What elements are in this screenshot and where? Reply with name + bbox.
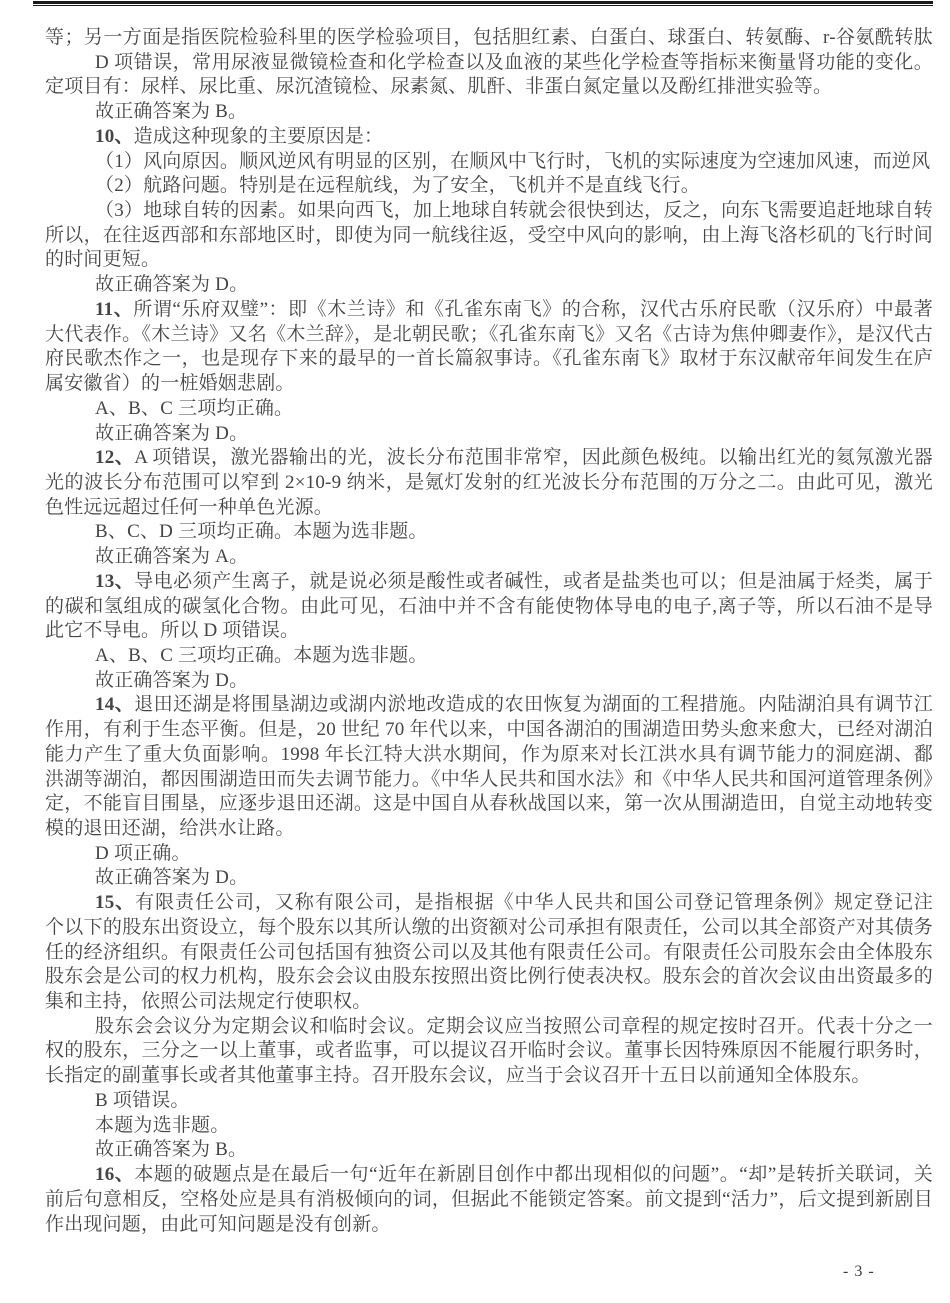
line-text: 能力产生了重大负面影响。1998 年长江特大洪水期间，作为原来对长江洪水具有调节…	[45, 744, 933, 768]
text-line: 模的退田还湖，给洪水让路。	[45, 817, 933, 842]
line-text: A、B、C 三项均正确。本题为选非题。	[95, 645, 428, 666]
text-line: 11、所谓“乐府双璧”：即《木兰诗》和《孔雀东南飞》的合称，汉代古乐府民歌（汉乐…	[45, 298, 933, 323]
line-text: B 项错误。	[95, 1090, 190, 1111]
line-text: 任的经济组织。有限责任公司包括国有独资公司以及其他有限责任公司。有限责任公司股东…	[45, 942, 933, 966]
text-line: 等；另一方面是指医院检验科里的医学检验项目，包括胆红素、白蛋白、球蛋白、转氨酶、…	[45, 26, 933, 51]
line-text: 本题为选非题。	[95, 1115, 229, 1136]
text-line: 的时间更短。	[45, 248, 933, 273]
text-line: B 项错误。	[45, 1089, 933, 1114]
document-page: 等；另一方面是指医院检验科里的医学检验项目，包括胆红素、白蛋白、球蛋白、转氨酶、…	[0, 0, 950, 1303]
text-line: 洪湖等湖泊，都因围湖造田而失去调节能力。《中华人民共和国水法》和《中华人民共和国…	[45, 768, 933, 793]
text-line: 14、退田还湖是将围垦湖边或湖内淤地改造成的农田恢复为湖面的工程措施。内陆湖泊具…	[45, 693, 933, 718]
text-line: 个以下的股东出资设立，每个股东以其所认缴的出资额对公司承担有限责任，公司以其全部…	[45, 916, 933, 941]
text-line: 的碳和氢组成的碳氢化合物。由此可见，石油中并不含有能使物体导电的电子,离子等，所…	[45, 595, 933, 620]
question-number: 14、	[95, 694, 134, 715]
text-line: 定，不能盲目围垦，应逐步退田还湖。这是中国自从春秋战国以来，第一次从围湖造田，自…	[45, 792, 933, 817]
line-text: 光的波长分布范围可以窄到 2×10-9 纳米，是氪灯发射的红光波长分布范围的万分…	[45, 472, 933, 496]
text-line: A、B、C 三项均正确。本题为选非题。	[45, 644, 933, 669]
line-text: 大代表作。《木兰诗》又名《木兰辞》，是北朝民歌；《孔雀东南飞》又名《古诗为焦仲卿…	[45, 324, 933, 348]
line-text: 作用，有利于生态平衡。但是，20 世纪 70 年代以来，中国各湖泊的围湖造田势头…	[45, 719, 933, 743]
line-text: 故正确答案为 A。	[95, 546, 248, 567]
line-text: 属安徽省）的一桩婚姻悲剧。	[45, 373, 295, 394]
line-text: 洪湖等湖泊，都因围湖造田而失去调节能力。《中华人民共和国水法》和《中华人民共和国…	[45, 769, 933, 793]
line-text: 故正确答案为 B。	[95, 101, 247, 122]
question-number: 15、	[95, 892, 135, 913]
line-text: 长指定的副董事长或者其他董事主持。召开股东会议，应当于会议召开十五日以前通知全体…	[45, 1065, 871, 1086]
question-number: 12、	[95, 447, 134, 468]
header-rule-thick-line	[33, 1, 933, 4]
text-line: 集和主持，依照公司法规定行使职权。	[45, 990, 933, 1015]
text-line: 府民歌杰作之一，也是现存下来的最早的一首长篇叙事诗。《孔雀东南飞》取材于东汉献帝…	[45, 347, 933, 372]
question-number: 16、	[95, 1164, 134, 1185]
text-line: 作出现问题，由此可知问题是没有创新。	[45, 1213, 933, 1238]
text-line: 前后句意相反，空格处应是具有消极倾向的词，但据此不能锁定答案。前文提到“活力”，…	[45, 1188, 933, 1213]
line-text: 作出现问题，由此可知问题是没有创新。	[45, 1214, 391, 1235]
line-text: （1）风向原因。顺风逆风有明显的区别，在顺风中飞行时，飞机的实际速度为空速加风速…	[45, 151, 930, 175]
document-body: 等；另一方面是指医院检验科里的医学检验项目，包括胆红素、白蛋白、球蛋白、转氨酶、…	[45, 26, 933, 1237]
line-text: 定项目有：尿样、尿比重、尿沉渣镜检、尿素氮、肌酐、非蛋白氮定量以及酚红排泄实验等…	[45, 76, 832, 97]
text-line: 故正确答案为 A。	[45, 545, 933, 570]
text-line: 故正确答案为 B。	[45, 100, 933, 125]
text-line: 此它不导电。所以 D 项错误。	[45, 619, 933, 644]
line-text: 此它不导电。所以 D 项错误。	[45, 620, 299, 641]
text-line: 光的波长分布范围可以窄到 2×10-9 纳米，是氪灯发射的红光波长分布范围的万分…	[45, 471, 933, 496]
text-line: 权的股东，三分之一以上董事，或者监事，可以提议召开临时会议。董事长因特殊原因不能…	[45, 1039, 933, 1064]
text-line: 15、有限责任公司，又称有限公司，是指根据《中华人民共和国公司登记管理条例》规定…	[45, 891, 933, 916]
page-number: - 3 -	[843, 1263, 875, 1281]
line-text: 本题的破题点是在最后一句“近年在新剧目创作中都出现相似的问题”。“却”是转折关联…	[45, 1164, 933, 1188]
text-line: 故正确答案为 D。	[45, 866, 933, 891]
text-line: 属安徽省）的一桩婚姻悲剧。	[45, 372, 933, 397]
line-text: 退田还湖是将围垦湖边或湖内淤地改造成的农田恢复为湖面的工程措施。内陆湖泊具有调节…	[45, 694, 933, 718]
line-text: （3）地球自转的因素。如果向西飞，加上地球自转就会很快到达，反之，向东飞需要追赶…	[45, 200, 933, 224]
line-text: 等；另一方面是指医院检验科里的医学检验项目，包括胆红素、白蛋白、球蛋白、转氨酶、…	[45, 27, 933, 51]
line-text: 故正确答案为 D。	[95, 867, 248, 888]
text-line: D 项正确。	[45, 842, 933, 867]
text-line: 本题为选非题。	[45, 1114, 933, 1139]
line-text: 模的退田还湖，给洪水让路。	[45, 818, 295, 839]
text-line: 故正确答案为 B。	[45, 1138, 933, 1163]
line-text: 色性远远超过任何一种单色光源。	[45, 497, 333, 518]
text-line: 故正确答案为 D。	[45, 422, 933, 447]
line-text: 有限责任公司，又称有限公司，是指根据《中华人民共和国公司登记管理条例》规定登记注…	[45, 892, 933, 916]
line-text: 故正确答案为 D。	[95, 274, 248, 295]
line-text: 故正确答案为 B。	[95, 1139, 247, 1160]
line-text: 股东会是公司的权力机构，股东会会议由股东按照出资比例行使表决权。股东会的首次会议…	[45, 966, 933, 990]
text-line: 16、本题的破题点是在最后一句“近年在新剧目创作中都出现相似的问题”。“却”是转…	[45, 1163, 933, 1188]
text-line: 所以，在往返西部和东部地区时，即使为同一航线往返，受空中风向的影响，由上海飞洛杉…	[45, 224, 933, 249]
text-line: 能力产生了重大负面影响。1998 年长江特大洪水期间，作为原来对长江洪水具有调节…	[45, 743, 933, 768]
text-line: （2）航路问题。特别是在远程航线，为了安全，飞机并不是直线飞行。	[45, 174, 933, 199]
text-line: 10、造成这种现象的主要原因是：	[45, 125, 933, 150]
line-text: D 项错误，常用尿液显微镜检查和化学检查以及血液的某些化学检查等指标来衡量肾功能…	[45, 52, 933, 76]
text-line: B、C、D 三项均正确。本题为选非题。	[45, 520, 933, 545]
line-text: 所以，在往返西部和东部地区时，即使为同一航线往返，受空中风向的影响，由上海飞洛杉…	[45, 225, 933, 249]
text-line: 色性远远超过任何一种单色光源。	[45, 496, 933, 521]
question-number: 13、	[95, 571, 134, 592]
text-line: （1）风向原因。顺风逆风有明显的区别，在顺风中飞行时，飞机的实际速度为空速加风速…	[45, 150, 933, 175]
text-line: 12、A 项错误，激光器输出的光，波长分布范围非常窄，因此颜色极纯。以输出红光的…	[45, 446, 933, 471]
text-line: 大代表作。《木兰诗》又名《木兰辞》，是北朝民歌；《孔雀东南飞》又名《古诗为焦仲卿…	[45, 323, 933, 348]
header-rule	[33, 1, 933, 6]
line-text: 的时间更短。	[45, 249, 160, 270]
line-text: 导电必须产生离子，就是说必须是酸性或者碱性，或者是盐类也可以；但是油属于烃类，属…	[45, 571, 933, 595]
line-text: 定，不能盲目围垦，应逐步退田还湖。这是中国自从春秋战国以来，第一次从围湖造田，自…	[45, 793, 933, 817]
line-text: A 项错误，激光器输出的光，波长分布范围非常窄，因此颜色极纯。以输出红光的氦氖激…	[45, 447, 933, 471]
line-text: 集和主持，依照公司法规定行使职权。	[45, 991, 371, 1012]
text-line: 故正确答案为 D。	[45, 669, 933, 694]
text-line: （3）地球自转的因素。如果向西飞，加上地球自转就会很快到达，反之，向东飞需要追赶…	[45, 199, 933, 224]
text-line: 故正确答案为 D。	[45, 273, 933, 298]
text-line: 股东会会议分为定期会议和临时会议。定期会议应当按照公司章程的规定按时召开。代表十…	[45, 1015, 933, 1040]
line-text: 府民歌杰作之一，也是现存下来的最早的一首长篇叙事诗。《孔雀东南飞》取材于东汉献帝…	[45, 348, 933, 372]
line-text: 造成这种现象的主要原因是：	[134, 126, 384, 147]
text-line: 长指定的副董事长或者其他董事主持。召开股东会议，应当于会议召开十五日以前通知全体…	[45, 1064, 933, 1089]
text-line: 任的经济组织。有限责任公司包括国有独资公司以及其他有限责任公司。有限责任公司股东…	[45, 941, 933, 966]
question-number: 10、	[95, 126, 134, 147]
line-text: 所谓“乐府双璧”：即《木兰诗》和《孔雀东南飞》的合称，汉代古乐府民歌（汉乐府）中…	[45, 299, 933, 323]
line-text: 个以下的股东出资设立，每个股东以其所认缴的出资额对公司承担有限责任，公司以其全部…	[45, 917, 933, 941]
line-text: 股东会会议分为定期会议和临时会议。定期会议应当按照公司章程的规定按时召开。代表十…	[45, 1016, 933, 1040]
text-line: 13、导电必须产生离子，就是说必须是酸性或者碱性，或者是盐类也可以；但是油属于烃…	[45, 570, 933, 595]
line-text: 前后句意相反，空格处应是具有消极倾向的词，但据此不能锁定答案。前文提到“活力”，…	[45, 1189, 933, 1213]
header-rule-thin-line	[33, 5, 933, 6]
text-line: 作用，有利于生态平衡。但是，20 世纪 70 年代以来，中国各湖泊的围湖造田势头…	[45, 718, 933, 743]
line-text: （2）航路问题。特别是在远程航线，为了安全，飞机并不是直线飞行。	[95, 175, 700, 196]
line-text: 故正确答案为 D。	[95, 423, 248, 444]
text-line: A、B、C 三项均正确。	[45, 397, 933, 422]
question-number: 11、	[95, 299, 133, 320]
line-text: A、B、C 三项均正确。	[95, 398, 293, 419]
line-text: D 项正确。	[95, 843, 191, 864]
text-line: 定项目有：尿样、尿比重、尿沉渣镜检、尿素氮、肌酐、非蛋白氮定量以及酚红排泄实验等…	[45, 75, 933, 100]
text-line: D 项错误，常用尿液显微镜检查和化学检查以及血液的某些化学检查等指标来衡量肾功能…	[45, 51, 933, 76]
line-text: 权的股东，三分之一以上董事，或者监事，可以提议召开临时会议。董事长因特殊原因不能…	[45, 1040, 933, 1064]
line-text: 的碳和氢组成的碳氢化合物。由此可见，石油中并不含有能使物体导电的电子,离子等，所…	[45, 596, 933, 620]
text-line: 股东会是公司的权力机构，股东会会议由股东按照出资比例行使表决权。股东会的首次会议…	[45, 965, 933, 990]
line-text: 故正确答案为 D。	[95, 670, 248, 691]
line-text: B、C、D 三项均正确。本题为选非题。	[95, 521, 428, 542]
